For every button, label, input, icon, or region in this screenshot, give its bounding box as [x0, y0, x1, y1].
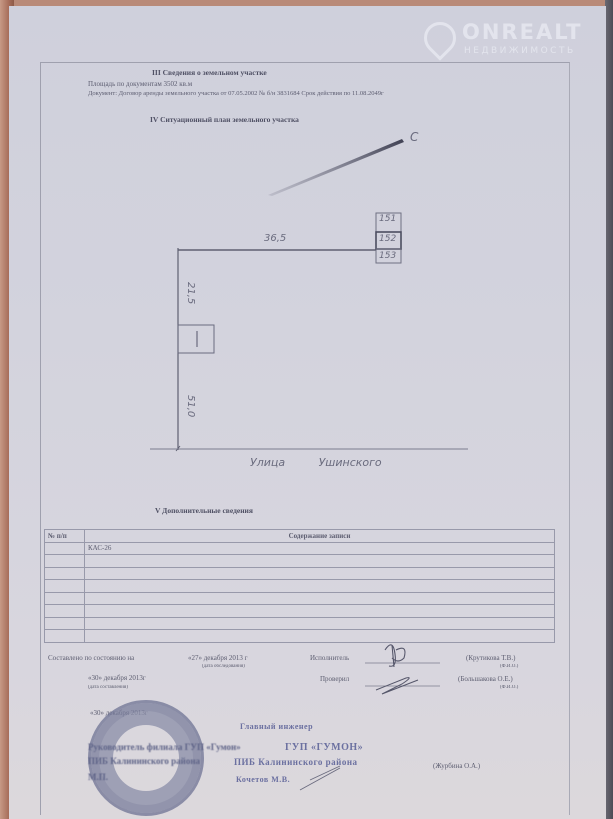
checker-name: (Большакова О.Е.)	[458, 675, 513, 683]
stamp-org: ГУП «ГУМОН»	[285, 742, 363, 753]
executor-caption: (Ф.И.О.)	[500, 664, 518, 669]
director-name: (Журбина О.А.)	[433, 762, 480, 770]
mp-label: М.П.	[88, 772, 108, 782]
stamp-dept: ПИБ Калининского района	[234, 757, 358, 767]
checker-caption: (Ф.И.О.)	[500, 685, 518, 690]
head-label-2: ПИБ Калининского района	[88, 756, 200, 766]
executor-name: (Крутикова Т.В.)	[466, 654, 515, 662]
head-label: Руководитель филиала ГУП «Гумон»	[88, 742, 241, 752]
stamp-title: Главный инженер	[240, 722, 313, 731]
stamp-person: Кочетов М.В.	[236, 775, 290, 784]
checked-label: Проверил	[320, 675, 349, 683]
signatures	[0, 0, 613, 819]
